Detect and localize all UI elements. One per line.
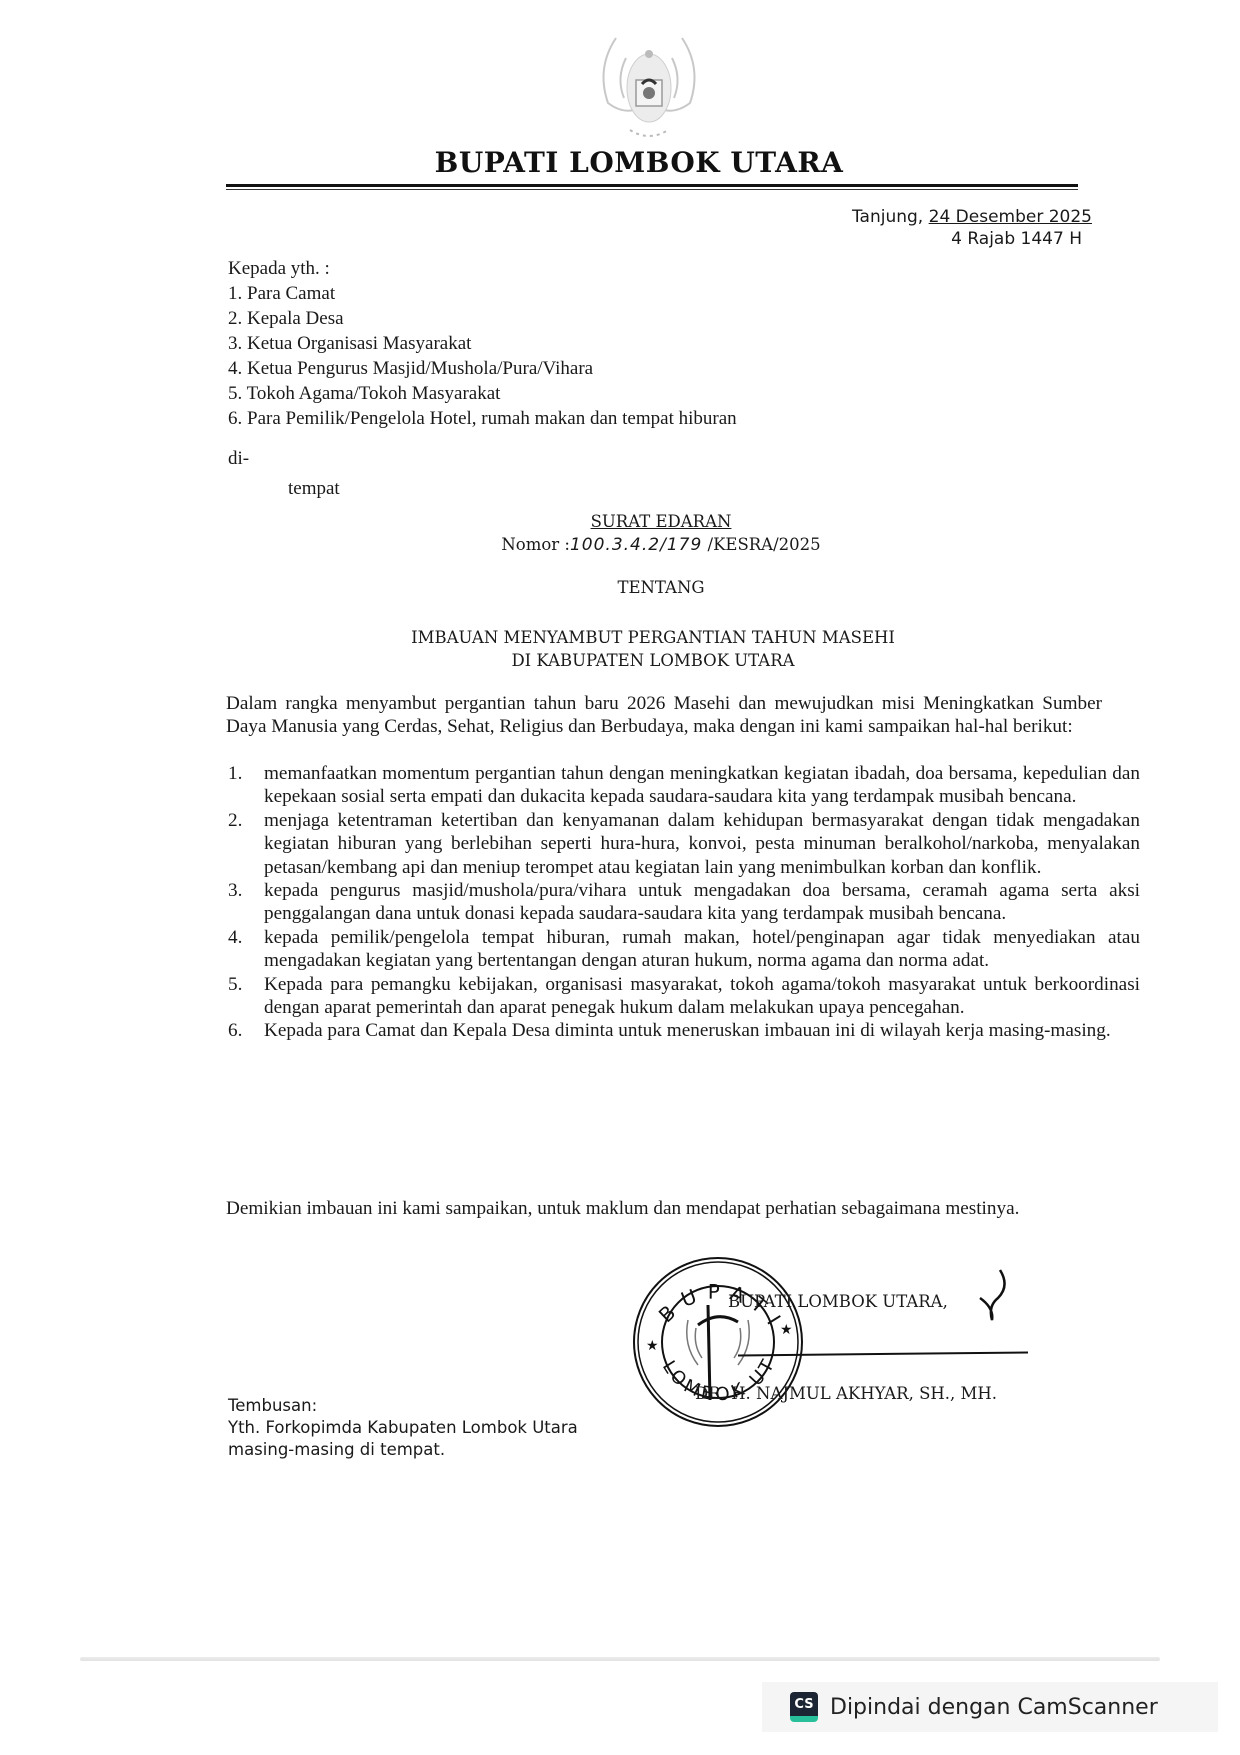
recipients-list: 1. Para Camat 2. Kepala Desa 3. Ketua Or… (228, 281, 737, 431)
date-hijri: 4 Rajab 1447 H (852, 228, 1092, 250)
document-subject: IMBAUAN MENYAMBUT PERGANTIAN TAHUN MASEH… (0, 626, 1240, 672)
recipients-salutation: Kepada yth. : (228, 256, 737, 281)
recipient-item: 2. Kepala Desa (228, 306, 737, 331)
recipient-item: 5. Tokoh Agama/Tokoh Masyarakat (228, 381, 737, 406)
svg-text:★: ★ (780, 1322, 793, 1338)
body-closing: Demikian imbauan ini kami sampaikan, unt… (226, 1197, 1102, 1220)
document-type-title: SURAT EDARAN (0, 512, 1240, 531)
document-number-suffix: /KESRA/2025 (702, 535, 820, 554)
instruction-number: 1. (228, 762, 258, 785)
letterhead-title: BUPATI LOMBOK UTARA (0, 146, 1240, 179)
signatory-name: DR. H. NAJMUL AKHYAR, SH., MH. (695, 1384, 997, 1403)
document-number: Nomor :100.3.4.2/179 /KESRA/2025 (0, 535, 1240, 555)
instruction-item: 6.Kepada para Camat dan Kepala Desa dimi… (264, 1019, 1140, 1042)
carbon-copy-block: Tembusan: Yth. Forkopimda Kabupaten Lomb… (228, 1395, 578, 1461)
instruction-text: kepada pemilik/pengelola tempat hiburan,… (264, 927, 1140, 971)
signatory-title: BUPATI LOMBOK UTARA, (728, 1292, 948, 1311)
camscanner-logo-icon: CS (790, 1692, 818, 1722)
recipient-item: 4. Ketua Pengurus Masjid/Mushola/Pura/Vi… (228, 356, 737, 381)
camscanner-watermark: CS Dipindai dengan CamScanner (762, 1682, 1218, 1732)
recipient-item: 6. Para Pemilik/Pengelola Hotel, rumah m… (228, 406, 737, 431)
stamp-bottom-text: LOMBOK UTARA (628, 1250, 780, 1406)
subject-line-1: IMBAUAN MENYAMBUT PERGANTIAN TAHUN MASEH… (66, 626, 1240, 649)
instruction-number: 6. (228, 1019, 258, 1042)
instruction-list: 1.memanfaatkan momentum pergantian tahun… (226, 762, 1140, 1043)
camscanner-logo-text: CS (790, 1692, 818, 1716)
date-block: Tanjung, 24 Desember 2025 4 Rajab 1447 H (852, 206, 1092, 250)
instruction-item: 3.kepada pengurus masjid/mushola/pura/vi… (264, 879, 1140, 926)
carbon-copy-label: Tembusan: (228, 1395, 578, 1417)
instruction-number: 3. (228, 879, 258, 902)
recipients-block: Kepada yth. : 1. Para Camat 2. Kepala De… (228, 256, 737, 431)
signature-scribble-icon (970, 1268, 1030, 1328)
instruction-item: 5.Kepada para pemangku kebijakan, organi… (264, 973, 1140, 1020)
instruction-number: 4. (228, 926, 258, 949)
carbon-copy-line-2: masing-masing di tempat. (228, 1439, 578, 1461)
instruction-item: 1.memanfaatkan momentum pergantian tahun… (264, 762, 1140, 809)
carbon-copy-line-1: Yth. Forkopimda Kabupaten Lombok Utara (228, 1417, 578, 1439)
svg-text:LOMBOK UTARA: LOMBOK UTARA (628, 1250, 780, 1406)
recipient-item: 1. Para Camat (228, 281, 737, 306)
camscanner-logo-accent (790, 1716, 818, 1722)
camscanner-label: Dipindai dengan CamScanner (830, 1695, 1158, 1720)
recipient-item: 3. Ketua Organisasi Masyarakat (228, 331, 737, 356)
instruction-number: 5. (228, 973, 258, 996)
instruction-text: menjaga ketentraman ketertiban dan kenya… (264, 810, 1140, 878)
header-divider-thin (226, 189, 1078, 190)
destination-block: di- tempat (228, 444, 340, 504)
instruction-text: Kepada para pemangku kebijakan, organisa… (264, 974, 1140, 1018)
destination-tempat: tempat (228, 474, 340, 504)
header-divider (226, 184, 1078, 187)
document-number-handwritten: 100.3.4.2/179 (570, 535, 702, 555)
instruction-text: Kepada para Camat dan Kepala Desa dimint… (264, 1020, 1111, 1041)
page-bottom-edge (80, 1657, 1160, 1661)
svg-text:★: ★ (646, 1338, 659, 1354)
instruction-text: memanfaatkan momentum pergantian tahun d… (264, 763, 1140, 807)
body-intro: Dalam rangka menyambut pergantian tahun … (226, 692, 1102, 739)
signature-block: BUPATI LOMBOK UTARA ★ ★ BUPATI LOMBOK UT… (628, 1250, 1048, 1440)
document-number-label: Nomor : (501, 535, 570, 554)
date-gregorian-line: Tanjung, 24 Desember 2025 (852, 206, 1092, 228)
instruction-text: kepada pengurus masjid/mushola/pura/viha… (264, 880, 1140, 924)
destination-di: di- (228, 444, 340, 474)
instruction-item: 4.kepada pemilik/pengelola tempat hibura… (264, 926, 1140, 973)
garuda-emblem-icon (586, 18, 712, 150)
instruction-item: 2.menjaga ketentraman ketertiban dan ken… (264, 809, 1140, 879)
instruction-number: 2. (228, 809, 258, 832)
subject-line-2: DI KABUPATEN LOMBOK UTARA (66, 649, 1240, 672)
date-place: Tanjung, (852, 207, 923, 227)
official-stamp-icon: BUPATI LOMBOK UTARA ★ ★ (628, 1250, 808, 1430)
date-gregorian: 24 Desember 2025 (929, 207, 1092, 227)
tentang-label: TENTANG (0, 578, 1240, 597)
